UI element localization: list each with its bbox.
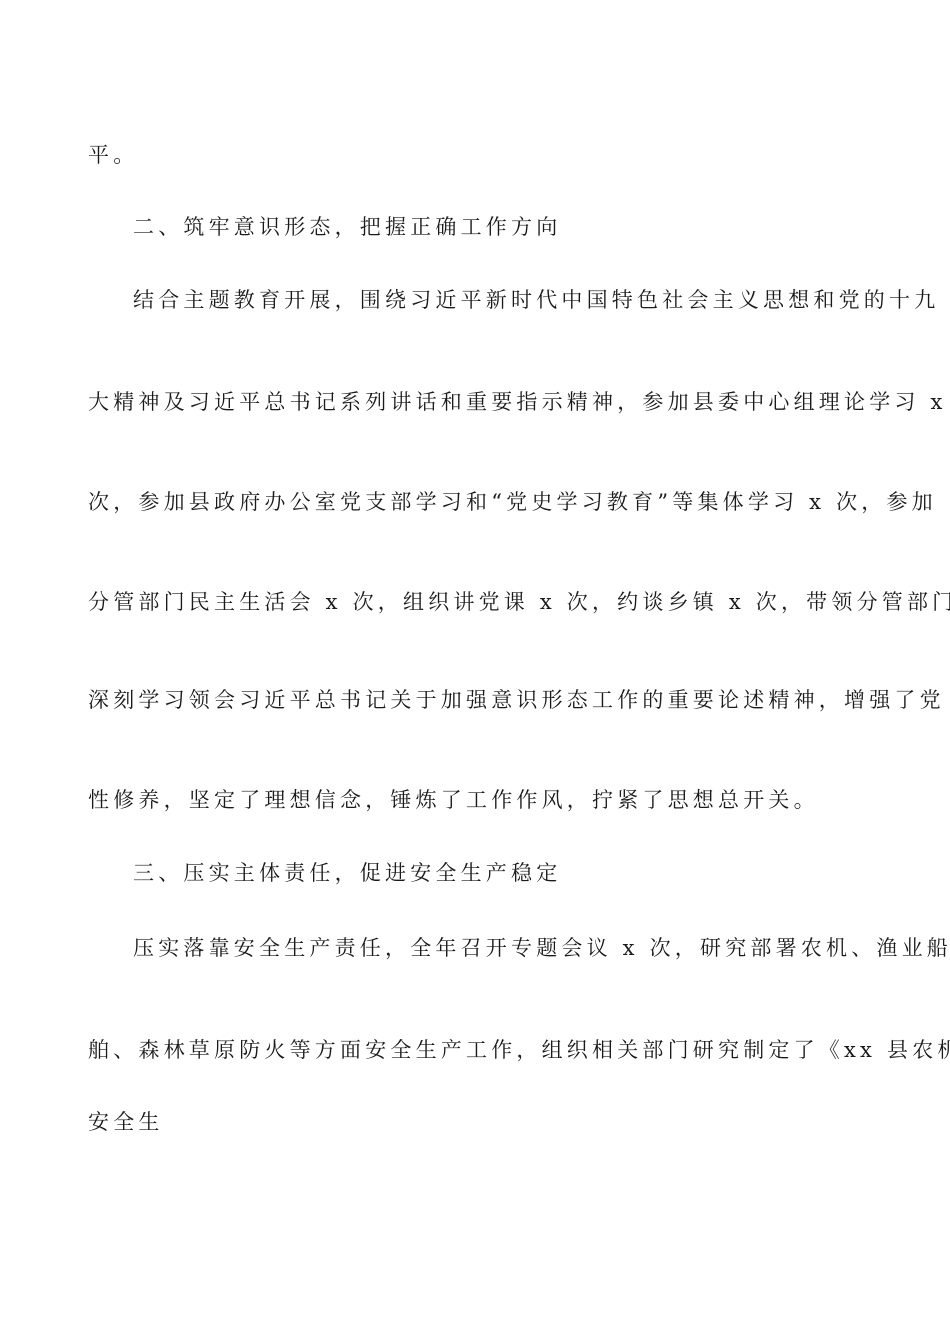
section-heading-2: 二、筑牢意识形态，把握正确工作方向 [133, 213, 561, 241]
paragraph-line: 舶、森林草原防火等方面安全生产工作，组织相关部门研究制定了《xx 县农机 [88, 1036, 950, 1064]
paragraph-line: 结合主题教育开展，围绕习近平新时代中国特色社会主义思想和党的十九 [133, 286, 939, 314]
section-heading-3: 三、压实主体责任，促进安全生产稳定 [133, 859, 561, 887]
paragraph-line: 分管部门民主生活会 x 次，组织讲党课 x 次，约谈乡镇 x 次，带领分管部门同… [88, 588, 950, 616]
paragraph-line: 大精神及习近平总书记系列讲话和重要指示精神，参加县委中心组理论学习 x [88, 388, 947, 416]
paragraph-line: 性修养，坚定了理想信念，锤炼了工作作风，拧紧了思想总开关。 [88, 786, 819, 814]
paragraph-continuation: 平。 [88, 141, 138, 169]
paragraph-line: 压实落靠安全生产责任，全年召开专题会议 x 次，研究部署农机、渔业船 [133, 934, 950, 962]
paragraph-line: 深刻学习领会习近平总书记关于加强意识形态工作的重要论述精神，增强了党 [88, 686, 945, 714]
paragraph-line: 次，参加县政府办公室党支部学习和“党史学习教育”等集体学习 x 次，参加 [88, 488, 937, 516]
paragraph-line: 安全生 [88, 1108, 164, 1136]
